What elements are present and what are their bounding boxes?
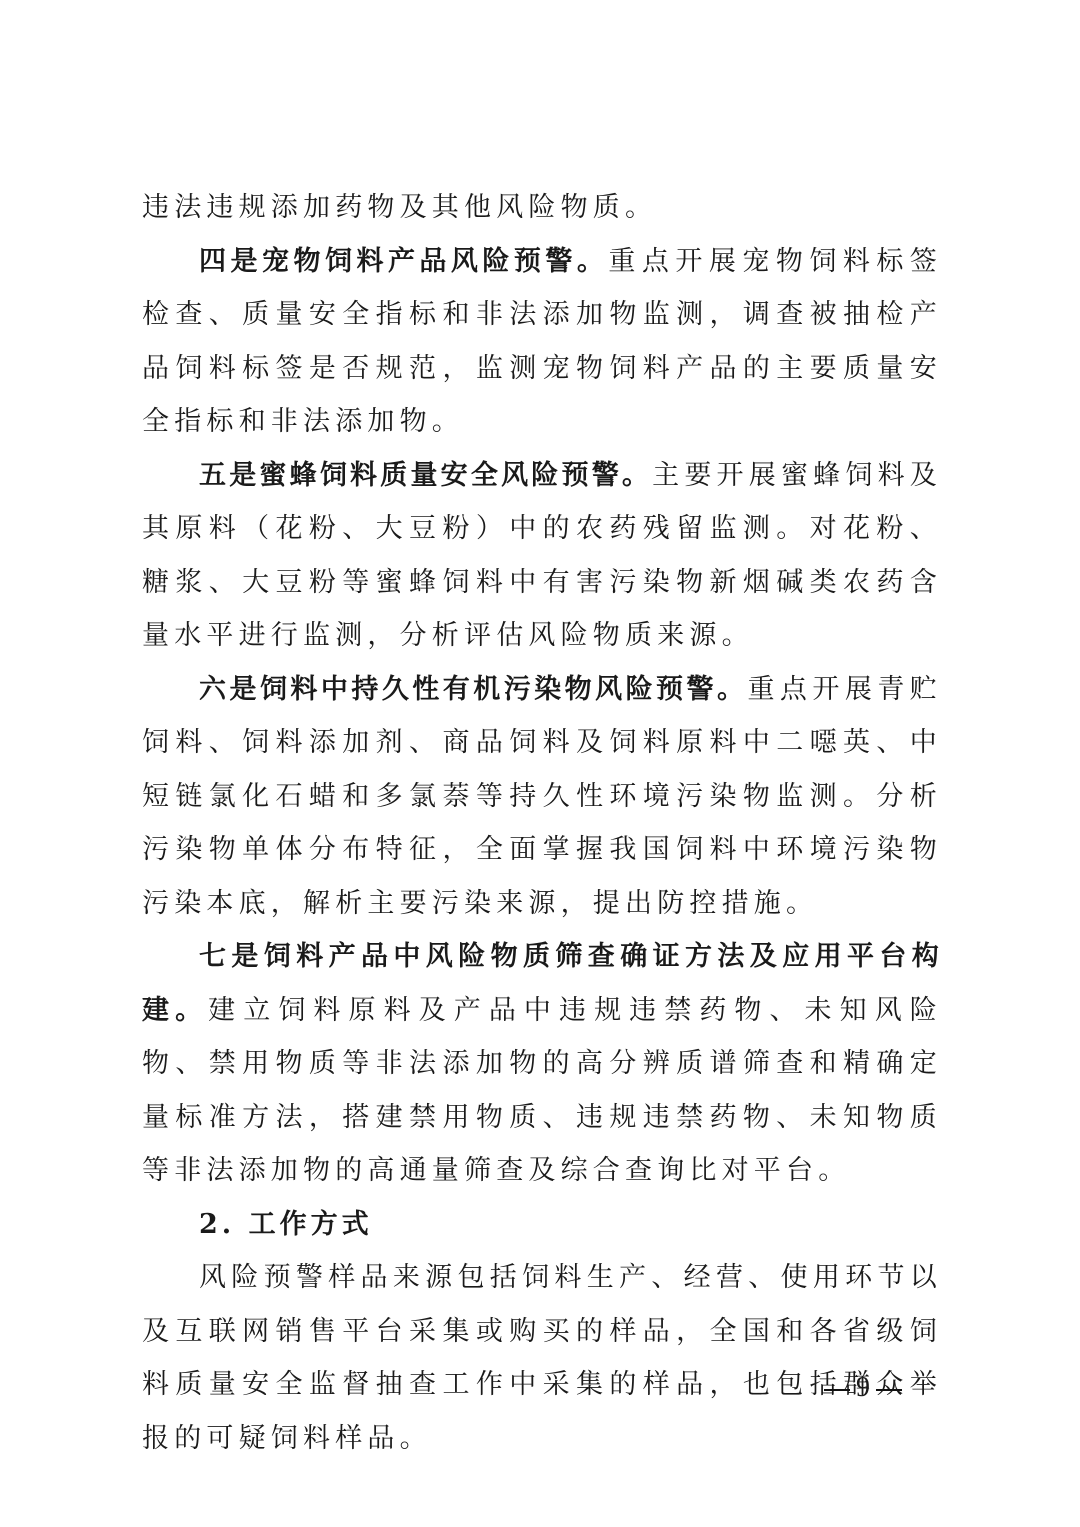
dash-left-icon — [824, 1389, 850, 1391]
paragraph-pet-feed-warning: 四是宠物饲料产品风险预警。重点开展宠物饲料标签检查、质量安全指标和非法添加物监测… — [142, 235, 942, 449]
paragraph-lead: 四是宠物饲料产品风险预警。 — [199, 246, 608, 277]
paragraph-text: 重点开展青贮饲料、饲料添加剂、商品饲料及饲料原料中二噁英、中短链氯化石蜡和多氯萘… — [142, 674, 942, 919]
paragraph-continuation: 违法违规添加药物及其他风险物质。 — [142, 181, 942, 235]
page-number: 9 — [856, 1372, 870, 1403]
paragraph-pop-warning: 六是饲料中持久性有机污染物风险预警。重点开展青贮饲料、饲料添加剂、商品饲料及饲料… — [142, 663, 942, 931]
paragraph-text: 建立饲料原料及产品中违规违禁药物、未知风险物、禁用物质等非法添加物的高分辨质谱筛… — [142, 995, 942, 1187]
paragraph-text: 违法违规添加药物及其他风险物质。 — [142, 192, 657, 223]
page-number-footer: 9 — [818, 1372, 908, 1404]
section-heading: 2. 工作方式 — [142, 1198, 942, 1252]
paragraph-bee-feed-warning: 五是蜜蜂饲料质量安全风险预警。主要开展蜜蜂饲料及其原料（花粉、大豆粉）中的农药残… — [142, 449, 942, 663]
paragraph-lead: 六是饲料中持久性有机污染物风险预警。 — [199, 674, 747, 705]
paragraph-work-method: 风险预警样品来源包括饲料生产、经营、使用环节以及互联网销售平台采集或购买的样品，… — [142, 1251, 942, 1465]
paragraph-lead: 五是蜜蜂饲料质量安全风险预警。 — [199, 460, 652, 491]
document-page: 违法违规添加药物及其他风险物质。 四是宠物饲料产品风险预警。重点开展宠物饲料标签… — [142, 181, 942, 1465]
paragraph-screening-platform: 七是饲料产品中风险物质筛查确证方法及应用平台构建。建立饲料原料及产品中违规违禁药… — [142, 930, 942, 1198]
dash-right-icon — [876, 1389, 902, 1391]
